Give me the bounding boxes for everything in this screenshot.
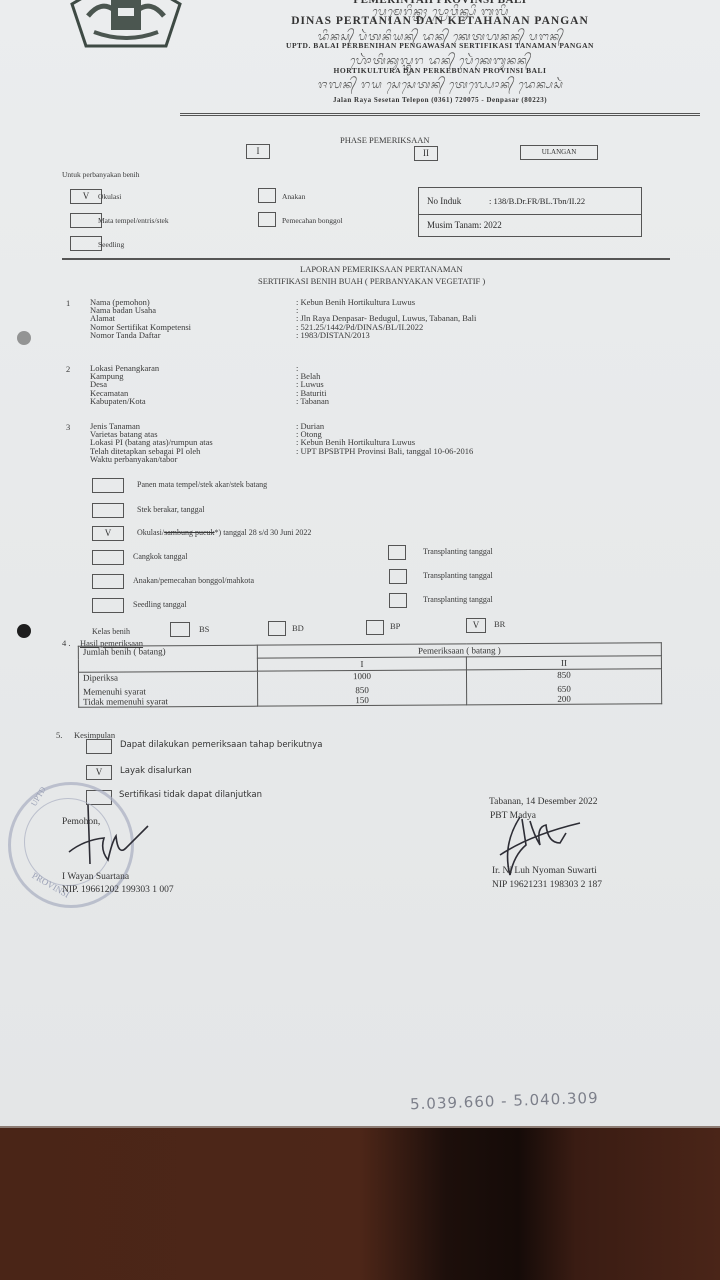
section-3-labels: Jenis Tanaman Varietas batang atas Lokas… <box>90 422 213 463</box>
checkbox-transplanting-1[interactable] <box>388 545 406 560</box>
checkbox-seed-class-br[interactable]: V <box>466 618 486 633</box>
label-okulasi: Okulasi <box>98 192 121 201</box>
section-1-number: 1 <box>66 298 70 308</box>
label-pemeriksaan-berikutnya: Dapat dilakukan pemeriksaan tahap beriku… <box>120 740 322 750</box>
label-mata-tempel: Mata tempel/entris/stek <box>98 216 169 225</box>
binder-hole-middle <box>17 624 31 638</box>
propagation-heading: Untuk perbanyakan benih <box>62 170 139 179</box>
label-seed-class-br: BR <box>494 619 505 629</box>
signer-right-nip: NIP 19621231 198303 2 187 <box>492 880 602 890</box>
letterhead-division: HORTIKULTURA DAN PERKEBUNAN PROVINSI BAL… <box>180 66 700 75</box>
label-seedling: Seedling <box>98 240 124 249</box>
label-waktu-perbanyakan: Waktu perbanyakan/tabor <box>90 455 213 463</box>
label-seed-class-bp: BP <box>390 621 400 631</box>
table-row: Diperiksa Memenuhi syarat Tidak memenuhi… <box>78 669 661 708</box>
binder-hole-top <box>17 331 31 345</box>
col-header-phase-ii: II <box>466 656 661 670</box>
checkbox-anakan-bonggol[interactable] <box>92 574 124 589</box>
checkbox-layak-disalurkan[interactable]: V <box>86 765 112 780</box>
handwritten-number-range: 5.039.660 - 5.040.309 <box>410 1089 599 1114</box>
checkbox-pemecahan-bonggol[interactable] <box>258 212 276 227</box>
checkbox-transplanting-2[interactable] <box>389 569 407 584</box>
label-seed-class-bs: BS <box>199 624 209 634</box>
seed-class-label: Kelas benih <box>92 627 130 636</box>
label-sertifikasi-tidak-dilanjutkan: Sertifikasi tidak dapat dilanjutkan <box>119 790 262 800</box>
value-kabupaten: : Tabanan <box>296 397 329 405</box>
section-5-number: 5. <box>56 730 62 740</box>
inspection-results-table: Jumlah benih ( batang) Pemeriksaan ( bat… <box>78 642 662 708</box>
sign-place-date: Tabanan, 14 Desember 2022 <box>489 797 598 807</box>
signature-left-icon <box>64 800 154 870</box>
signer-left-name: I Wayan Suartana <box>62 872 129 882</box>
signer-right-name: Ir. Ni Luh Nyoman Suwarti <box>492 866 597 876</box>
label-transplanting-3: Transplanting tanggal <box>423 595 493 604</box>
cell-tidak-memenuhi-i: 150 <box>262 694 462 705</box>
value-jenis-tanaman: : Durian <box>296 422 473 430</box>
label-seedling-tanggal: Seedling tanggal <box>133 600 187 609</box>
letterhead-divider <box>180 113 700 116</box>
checkbox-pemeriksaan-berikutnya[interactable] <box>86 739 112 754</box>
label-okulasi-tanggal: Okulasi/sambung pucuk*) tanggal 28 s/d 3… <box>137 528 311 537</box>
label-transplanting-1: Transplanting tanggal <box>423 547 493 556</box>
registry-box: No Induk : 138/B.Dr.FR/BL.Tbn/II.22 Musi… <box>418 187 642 237</box>
cell-tidak-memenuhi-ii: 200 <box>471 693 657 704</box>
label-seed-class-bd: BD <box>292 623 304 633</box>
label-stek-berakar: Stek berakar, tanggal <box>137 505 204 514</box>
checkbox-seed-class-bp[interactable] <box>366 620 384 635</box>
value-nama-pemohon: : Kebun Benih Hortikultura Luwus <box>296 298 476 306</box>
label-anakan-bonggol: Anakan/pemecahan bonggol/mahkota <box>133 576 254 585</box>
label-anakan: Anakan <box>282 192 305 201</box>
label-layak-disalurkan: Layak disalurkan <box>120 766 192 776</box>
label-panen-mata-tempel: Panen mata tempel/stek akar/stek batang <box>137 480 267 489</box>
section-1-values: : Kebun Benih Hortikultura Luwus : : Jln… <box>296 298 476 339</box>
col-header-jumlah-benih: Jumlah benih ( batang) <box>78 645 257 672</box>
report-subtitle: SERTIFIKASI BENIH BUAH ( PERBANYAKAN VEG… <box>258 276 485 286</box>
checkbox-seed-class-bs[interactable] <box>170 622 190 637</box>
letterhead-address: Jalan Raya Sesetan Telepon (0361) 720075… <box>180 96 700 104</box>
checkbox-cangkok[interactable] <box>92 550 124 565</box>
label-cangkok: Cangkok tanggal <box>133 552 187 561</box>
document-page: PEMERINTAH PROVINSI BALI ᬧᬾᬫᬾᬭᬶᬦ᭄ᬢᬄ ᬧ᭄ᬭᭀ… <box>0 0 720 1128</box>
no-induk-label: No Induk <box>427 196 461 206</box>
label-nomor-tanda-daftar: Nomor Tanda Daftar <box>90 331 191 339</box>
signer-left-nip: NIP. 19661202 199303 1 007 <box>62 885 174 895</box>
section-4-number: 4 . <box>62 638 71 648</box>
value-ditetapkan-pi: : UPT BPSBTPH Provinsi Bali, tanggal 10-… <box>296 447 473 455</box>
label-kabupaten: Kabupaten/Kota <box>90 397 159 405</box>
phase-title: PHASE PEMERIKSAAN <box>340 135 430 145</box>
section-2-values: : : Belah : Luwus : Baturiti : Tabanan <box>296 364 329 405</box>
col-header-phase-i: I <box>257 657 466 671</box>
checkbox-seedling-tanggal[interactable] <box>92 598 124 613</box>
letterhead-balinese-script-4: ᬚᬮᬦ᭄ ᬭᬬ ᬲᬾᬲᬾᬢᬦ᭄ ᬢᬾᬮ᭄ᬧᭀᬦ᭄ ᬤᬾᬦ᭄ᬧᬲᬃ <box>190 76 690 96</box>
section-2-number: 2 <box>66 364 70 374</box>
checkbox-okulasi-tanggal[interactable]: V <box>92 526 124 541</box>
checkbox-anakan[interactable] <box>258 188 276 203</box>
no-induk-value: : 138/B.Dr.FR/BL.Tbn/II.22 <box>489 196 585 206</box>
bali-government-emblem-icon <box>66 0 186 50</box>
checkbox-panen-mata-tempel[interactable] <box>92 478 124 493</box>
letterhead-agency: DINAS PERTANIAN DAN KETAHANAN PANGAN <box>180 15 700 27</box>
musim-tanam: Musim Tanam: 2022 <box>427 220 502 230</box>
checkbox-transplanting-3[interactable] <box>389 593 407 608</box>
table-surface-background <box>0 1128 720 1280</box>
report-title: LAPORAN PEMERIKSAAN PERTANAMAN <box>300 264 463 274</box>
section-2-labels: Lokasi Penangkaran Kampung Desa Kecamata… <box>90 364 159 405</box>
label-pemecahan-bonggol: Pemecahan bonggol <box>282 216 343 225</box>
label-transplanting-2: Transplanting tanggal <box>423 571 493 580</box>
section-3-values: : Durian : Otong : Kebun Benih Hortikult… <box>296 422 473 455</box>
phase-option-i[interactable]: I <box>246 144 270 159</box>
section-1-labels: Nama (pemohon) Nama badan Usaha Alamat N… <box>90 298 191 339</box>
value-nomor-tanda-daftar: : 1983/DISTAN/2013 <box>296 331 476 339</box>
phase-option-ii[interactable]: II <box>414 146 438 161</box>
section-3-number: 3 <box>66 422 70 432</box>
phase-option-ulangan[interactable]: ULANGAN <box>520 145 598 160</box>
checkbox-seed-class-bd[interactable] <box>268 621 286 636</box>
section-divider <box>62 258 670 260</box>
letterhead-unit: UPTD. BALAI PERBENIHAN PENGAWASAN SERTIF… <box>180 41 700 50</box>
row-label-tidak-memenuhi: Tidak memenuhi syarat <box>83 696 253 707</box>
checkbox-stek-berakar[interactable] <box>92 503 124 518</box>
